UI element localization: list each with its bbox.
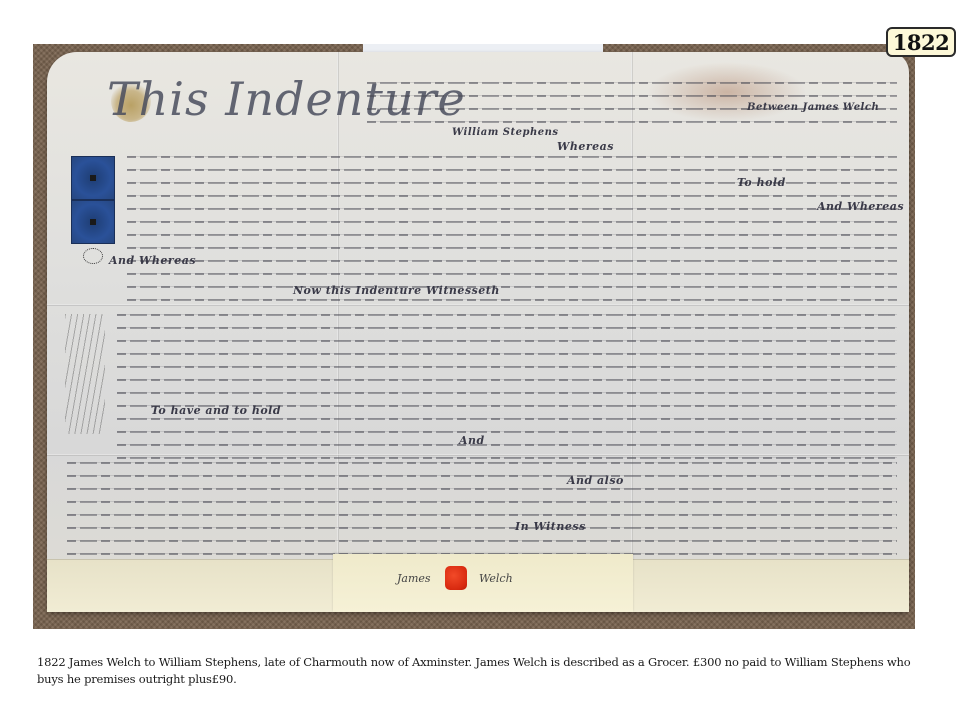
document-photo: This Indenture Between James Welch Willi… <box>33 44 915 629</box>
keyword-and: And <box>459 434 485 447</box>
signature-first-name: James <box>397 572 431 585</box>
parties-text: Between James Welch <box>747 102 879 113</box>
margin-note <box>65 314 105 434</box>
script-body-lines <box>67 462 897 566</box>
keyword-and-whereas: And Whereas <box>817 200 904 213</box>
signature-panel: James Welch <box>333 554 633 612</box>
signature-last-name: Welch <box>479 572 513 585</box>
script-body-lines <box>117 314 897 470</box>
keyword-and-also: And also <box>567 474 624 487</box>
embossed-seal <box>83 248 103 264</box>
indenture-parchment: This Indenture Between James Welch Willi… <box>47 52 909 612</box>
keyword-whereas: Whereas <box>557 140 614 153</box>
revenue-stamp <box>71 200 115 244</box>
keyword-in-witness: In Witness <box>515 520 586 533</box>
year-badge: 1822 <box>886 27 956 57</box>
keyword-to-hold: To hold <box>737 176 786 189</box>
wax-seal <box>445 566 467 590</box>
revenue-stamp <box>71 156 115 200</box>
keyword-to-have-and-to-hold: To have and to hold <box>151 404 281 417</box>
photo-caption: 1822 James Welch to William Stephens, la… <box>37 654 917 688</box>
party-two-text: William Stephens <box>452 127 559 138</box>
keyword-witnesseth: Now this Indenture Witnesseth <box>293 284 500 297</box>
keyword-and-whereas: And Whereas <box>109 254 196 267</box>
